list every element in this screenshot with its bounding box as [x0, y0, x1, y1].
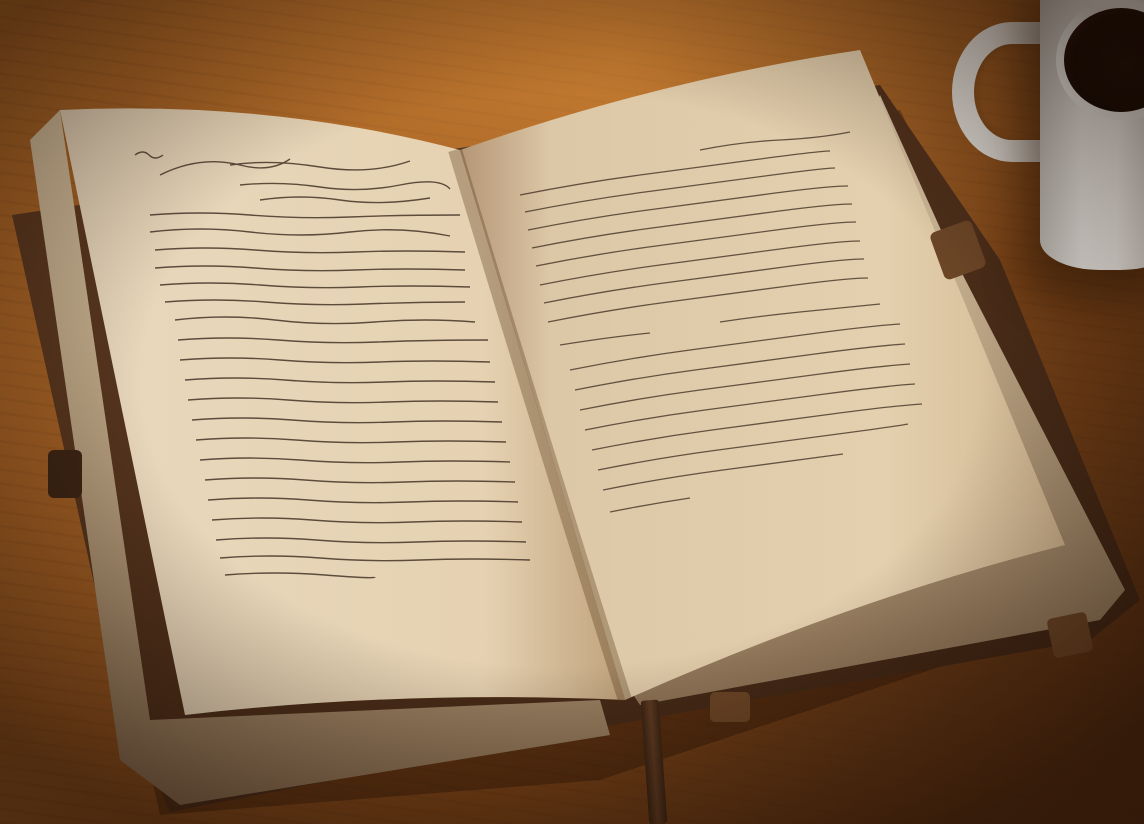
left-clasp — [48, 450, 82, 498]
mug-handle — [952, 22, 1052, 162]
bottom-clasp — [1046, 611, 1093, 658]
coffee-mug — [950, 0, 1144, 290]
photo-scene: Open antique leather-bound journal with … — [0, 0, 1144, 824]
